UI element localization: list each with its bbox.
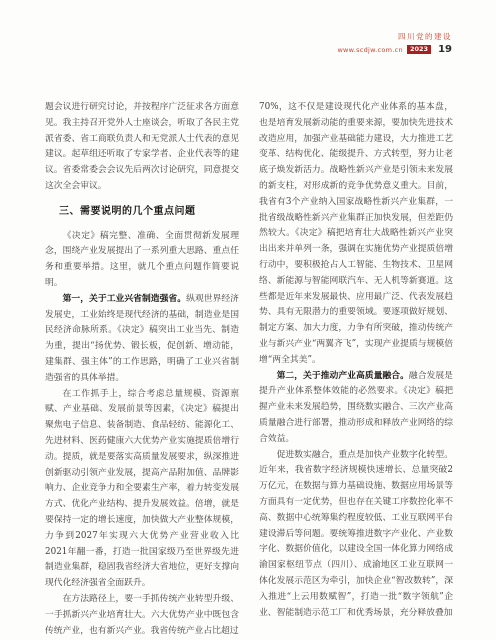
- point1-text: 纵观世界经济发展史，工业始终是现代经济的基础，制造业是国民经济命脉所系。《决定》…: [45, 294, 239, 383]
- paragraph-point1: 第一，关于工业兴省制造强省。纵观世界经济发展史，工业始终是现代经济的基础，制造业…: [45, 292, 239, 387]
- paragraph-continuation: 70%，这不仅是建设现代化产业体系的基本盘，也是培育发展新动能的重要来源，要加快…: [259, 100, 453, 369]
- point1-run-in-heading: 第一，关于工业兴省制造强省。: [63, 294, 186, 304]
- magazine-page: 四川党的建设 www.scdjw.com.cn 2023 19 题会议进行研究讨…: [0, 0, 496, 640]
- section-heading: 三、需要说明的几个重点问题: [45, 204, 239, 220]
- paragraph-intro: 《决定》稿完整、准确、全面贯彻新发展理念，围绕产业发展提出了一系列重大思路、重点…: [45, 229, 239, 292]
- paragraph-method-path: 在方法路径上，要一手抓传统产业转型升级、一手抓新兴产业培育壮大。六大优势产业中既…: [45, 592, 239, 639]
- paragraph-work-grip: 在工作抓手上，综合考虑总量规模、资源禀赋、产业基础、发展前景等因素，《决定》稿提…: [45, 387, 239, 592]
- paragraph-point2: 第二，关于推动产业高质量融合。融合发展是提升产业体系整体效能的必然要求。《决定》…: [259, 369, 453, 448]
- magazine-website: www.scdjw.com.cn: [337, 46, 403, 54]
- paragraph-continuation: 题会议进行研究讨论，并按程序广泛征求各方面意见。我主持召开党外人士座谈会，听取了…: [45, 100, 239, 195]
- page-header: 四川党的建设 www.scdjw.com.cn 2023 19: [337, 31, 452, 55]
- magazine-title: 四川党的建设: [337, 31, 452, 42]
- left-column: 题会议进行研究讨论，并按程序广泛征求各方面意见。我主持召开党外人士座谈会，听取了…: [45, 100, 239, 639]
- point2-run-in-heading: 第二，关于推动产业高质量融合。: [277, 371, 409, 381]
- header-meta-row: www.scdjw.com.cn 2023 19: [337, 44, 452, 55]
- article-body: 题会议进行研究讨论，并按程序广泛征求各方面意见。我主持召开党外人士座谈会，听取了…: [45, 100, 453, 639]
- page-number: 19: [438, 44, 452, 55]
- point2-text: 融合发展是提升产业体系整体效能的必然要求。《决定》稿把握产业未来发展趋势，围绕数…: [259, 371, 453, 444]
- right-column: 70%，这不仅是建设现代化产业体系的基本盘，也是培育发展新动能的重要来源，要加快…: [259, 100, 453, 639]
- issue-year-badge: 2023: [407, 45, 431, 55]
- paragraph-digital-fusion: 促进数实融合，重点是加快产业数字化转型。近年来，我省数字经济规模快速增长、总量突…: [259, 448, 453, 622]
